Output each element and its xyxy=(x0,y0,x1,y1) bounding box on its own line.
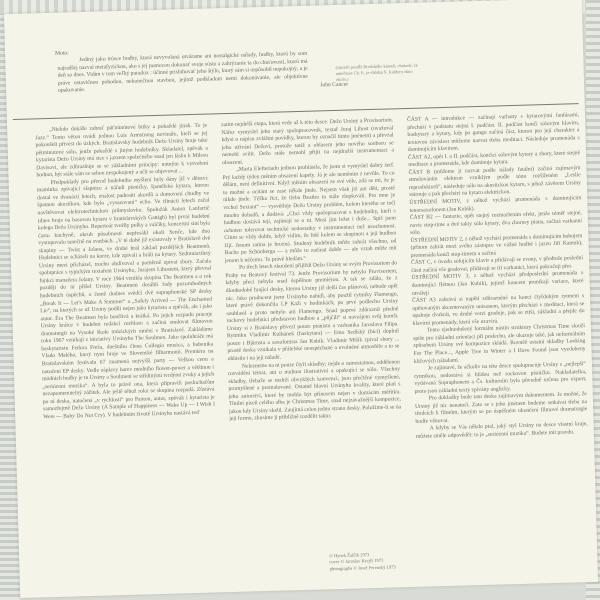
paragraph: „Marta Elefteriadu jednou prohlásila, že… xyxy=(222,163,397,266)
paragraph: Předpoklady pro přerod hudebního myšlení… xyxy=(37,175,216,421)
paragraph: Je zajímavé, že ačkoliv na této desce sp… xyxy=(414,361,587,396)
text-column-2: zatím nejdelší etapa, která vede až k té… xyxy=(221,117,401,424)
text-column-3: ČÁST A — introdukce — začínají varhany s… xyxy=(407,112,588,441)
paragraph: „Niekdo dokáže zahrať päťminútové bitky … xyxy=(35,123,208,181)
motto-author: John Cancer xyxy=(320,82,348,90)
text-column-1: „Niekdo dokáže zahrať päťminútové bitky … xyxy=(35,123,215,422)
photo-caption: (stavieb pozdĺž Brodského kameň, obrázok… xyxy=(336,62,426,82)
credits-block: © Hynek Žalčík 1973 cover © Jaroslav Kre… xyxy=(329,548,509,572)
section-part-a: ČÁST A — introdukce — začínají varhany s… xyxy=(407,112,580,155)
paragraph: zatím nejdelší etapa, která vede až k té… xyxy=(221,117,394,167)
paragraph: Po třech letech zkoušení přijíždí Dežo U… xyxy=(225,261,400,364)
motto-text: Jediný jako trúsce hudby, ktorá nevyvola… xyxy=(57,51,308,95)
section-part-b: ČÁST B (můžeme ji nazvat podle nálady fa… xyxy=(408,165,581,200)
paragraph: Pro dokladky bude tato deska zajímavým d… xyxy=(415,391,588,426)
motto-block: Moto: Jediný jako trúsce hudby, ktorá ne… xyxy=(57,44,308,95)
paragraph: Nelezneme na ní pouze čtyři skladby; nej… xyxy=(228,359,402,424)
sleeve-page: Moto: Jediný jako trúsce hudby, ktorá ne… xyxy=(4,0,598,598)
paragraph: Tento zjednodušený formální nástin struk… xyxy=(413,323,586,366)
